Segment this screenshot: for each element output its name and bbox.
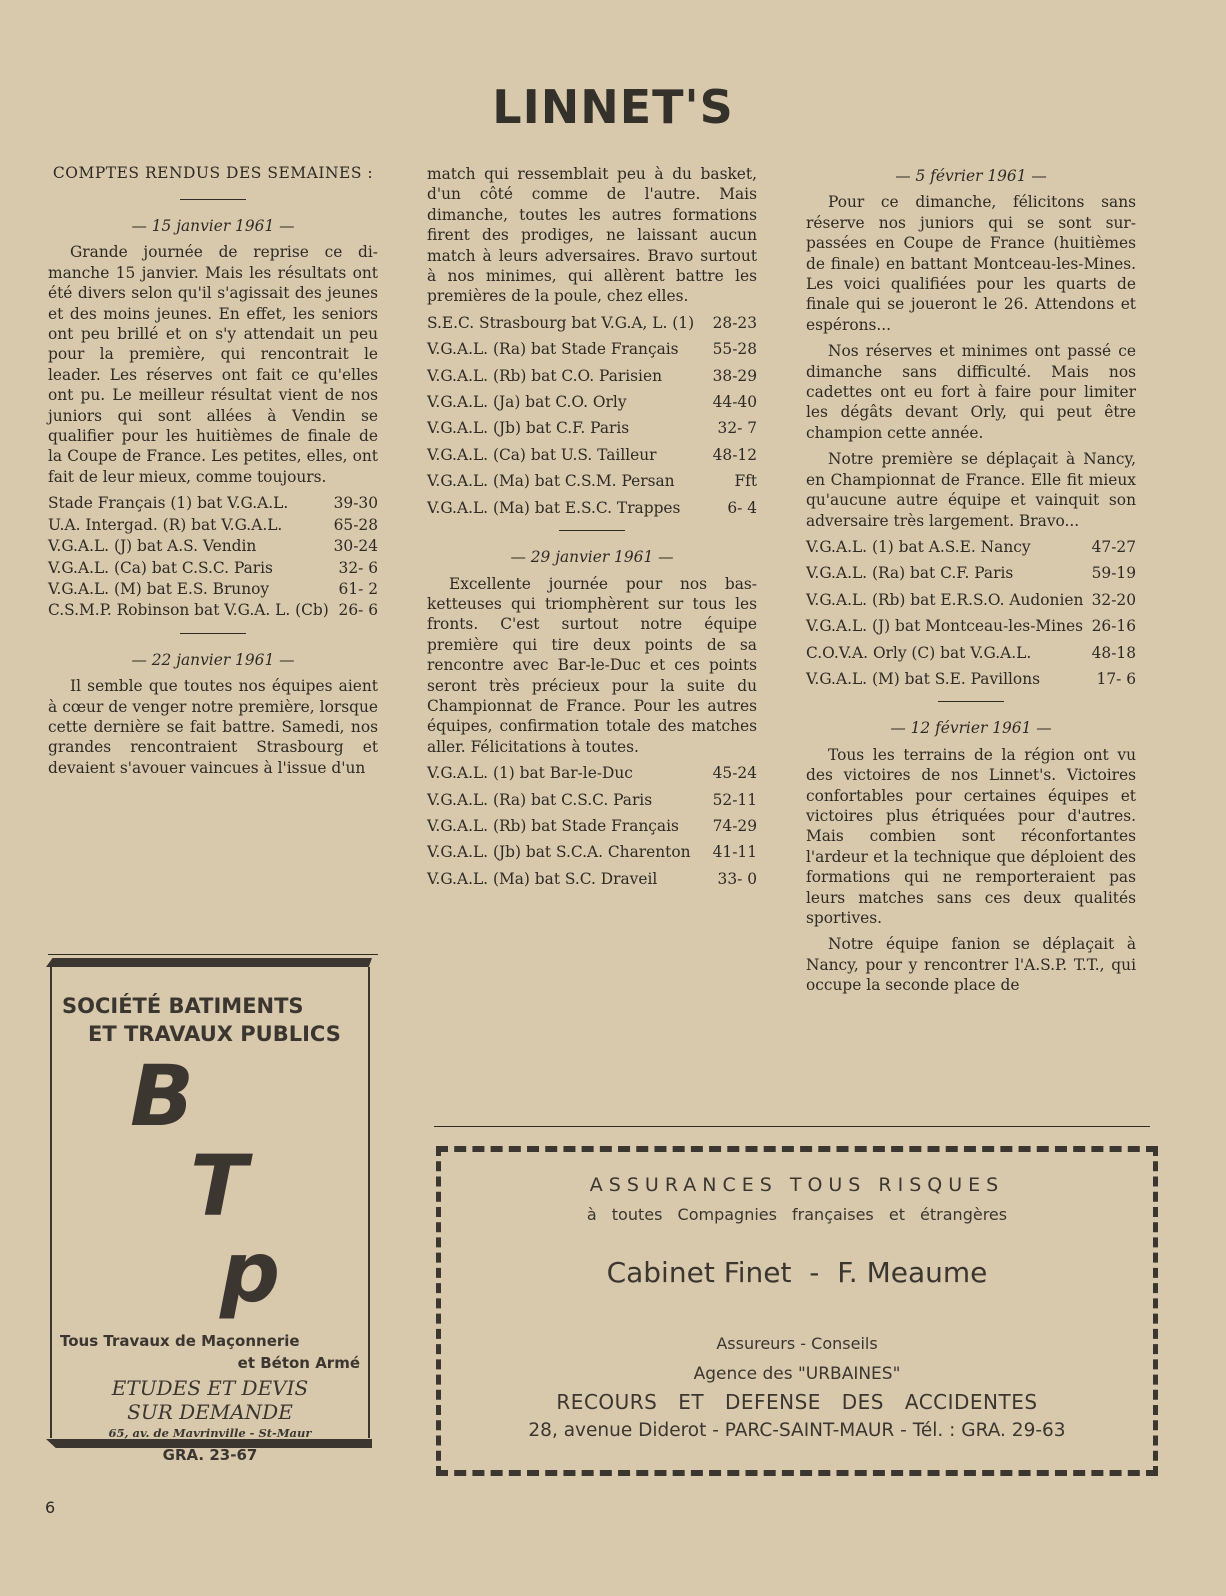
ad-border-bar xyxy=(46,958,372,967)
result-row: V.G.A.L. (Rb) bat C.O. Pari­sien38-29 xyxy=(427,366,757,386)
date-heading: — 12 février 1961 — xyxy=(806,718,1136,738)
company-name-line2: ET TRAVAUX PUBLICS xyxy=(88,1022,341,1046)
separator-line xyxy=(48,954,378,955)
logo-letter-t: T xyxy=(190,1144,247,1228)
results-list: V.G.A.L. (1) bat Bar-le-Duc45-24 V.G.A.L… xyxy=(427,763,757,889)
result-row: V.G.A.L. (Ra) bat C.S.C. Paris52-11 xyxy=(427,790,757,810)
result-row: V.G.A.L. (Jb) bat C.F. Paris32- 7 xyxy=(427,418,757,438)
page-number: 6 xyxy=(45,1498,55,1517)
result-row: C.O.V.A. Orly (C) bat V.G.A.L.48-18 xyxy=(806,643,1136,663)
result-row: V.G.A.L. (Ra) bat Stade Fran­çais55-28 xyxy=(427,339,757,359)
works-line1: Tous Travaux de Maçonnerie xyxy=(60,1332,300,1350)
works-line2: et Béton Armé xyxy=(238,1354,360,1372)
insurance-headline: ASSURANCES TOUS RISQUES xyxy=(441,1174,1153,1196)
etudes-line2: SUR DEMANDE xyxy=(50,1400,370,1424)
result-row: V.G.A.L. (M) bat E.S. Brunoy61- 2 xyxy=(48,579,378,599)
result-row: U.A. Intergad. (R) bat V.G.A.L.65-28 xyxy=(48,515,378,535)
date-heading: — 29 janvier 1961 — xyxy=(427,547,757,567)
date-heading: — 22 janvier 1961 — xyxy=(48,650,378,670)
article-paragraph: Notre équipe fanion se déplaçait à Nancy… xyxy=(806,934,1136,995)
ad-border-bar xyxy=(46,1439,372,1448)
article-paragraph: Excellente journée pour nos bas­ketteuse… xyxy=(427,574,757,758)
btp-advertisement: SOCIÉTÉ BATIMENTS ET TRAVAUX PUBLICS B T… xyxy=(50,958,370,1438)
column-2: match qui ressemblait peu à du bas­ket, … xyxy=(427,164,757,897)
results-list: V.G.A.L. (1) bat A.S.E. Nancy47-27 V.G.A… xyxy=(806,537,1136,689)
firm-name: Cabinet Finet - F. Meaume xyxy=(441,1256,1153,1289)
btp-phone: GRA. 23-67 xyxy=(50,1446,370,1464)
divider xyxy=(180,199,246,200)
result-row: V.G.A.L. (Ma) bat S.C. Draveil33- 0 xyxy=(427,869,757,889)
result-row: V.G.A.L. (Ja) bat C.O. Orly44-40 xyxy=(427,392,757,412)
btp-address: 65, av. de Mavrinville - St-Maur xyxy=(50,1426,370,1440)
article-paragraph: Tous les terrains de la région ont vu de… xyxy=(806,745,1136,929)
article-paragraph: match qui ressemblait peu à du bas­ket, … xyxy=(427,164,757,307)
result-row: V.G.A.L. (J) bat Montceau-les-Mines26-16 xyxy=(806,616,1136,636)
logo-letter-b: B xyxy=(130,1054,194,1138)
result-row: S.E.C. Strasbourg bat V.G.A, L. (1)28-23 xyxy=(427,313,757,333)
insurance-address: 28, avenue Diderot - PARC-SAINT-MAUR - T… xyxy=(441,1420,1153,1441)
divider xyxy=(180,633,246,634)
article-paragraph: Il semble que toutes nos équipes aient à… xyxy=(48,676,378,778)
result-row: V.G.A.L. (Rb) bat Stade Fran­çais74-29 xyxy=(427,816,757,836)
page-title: LINNET'S xyxy=(0,80,1226,134)
separator-line xyxy=(434,1126,1150,1127)
column-3: — 5 février 1961 — Pour ce dimanche, fél… xyxy=(806,166,1136,1002)
etudes-line1: ETUDES ET DEVIS xyxy=(50,1376,370,1400)
service-line: RECOURS ET DEFENSE DES ACCIDENTES xyxy=(441,1390,1153,1414)
divider xyxy=(559,530,625,531)
results-list: Stade Français (1) bat V.G.A.L.39-30 U.A… xyxy=(48,493,378,620)
result-row: V.G.A.L. (Jb) bat S.C.A. Cha­renton41-11 xyxy=(427,842,757,862)
company-name-line1: SOCIÉTÉ BATIMENTS xyxy=(62,994,304,1018)
result-row: V.G.A.L. (1) bat Bar-le-Duc45-24 xyxy=(427,763,757,783)
result-row: V.G.A.L. (Ra) bat C.F. Paris59-19 xyxy=(806,563,1136,583)
insurance-advertisement: ASSURANCES TOUS RISQUES à toutes Compagn… xyxy=(436,1146,1158,1476)
result-row: C.S.M.P. Robinson bat V.G.A. L. (Cb)26- … xyxy=(48,600,378,620)
date-heading: — 5 février 1961 — xyxy=(806,166,1136,186)
logo-letter-p: P xyxy=(220,1230,280,1314)
insurance-subline: à toutes Compagnies françaises et étrang… xyxy=(441,1205,1153,1224)
article-paragraph: Grande journée de reprise ce di­manche 1… xyxy=(48,242,378,487)
result-row: V.G.A.L. (Ma) bat E.S.C. Trap­pes6- 4 xyxy=(427,498,757,518)
result-row: V.G.A.L. (Ma) bat C.S.M. PersanFft xyxy=(427,471,757,491)
result-row: V.G.A.L. (Ca) bat C.S.C. Paris32- 6 xyxy=(48,558,378,578)
section-heading: COMPTES RENDUS DES SEMAINES : xyxy=(48,160,378,187)
date-heading: — 15 janvier 1961 — xyxy=(48,216,378,236)
result-row: V.G.A.L. (J) bat A.S. Vendin30-24 xyxy=(48,536,378,556)
result-row: V.G.A.L. (1) bat A.S.E. Nancy47-27 xyxy=(806,537,1136,557)
article-paragraph: Nos réserves et minimes ont passé ce dim… xyxy=(806,341,1136,443)
results-list: S.E.C. Strasbourg bat V.G.A, L. (1)28-23… xyxy=(427,313,757,518)
divider xyxy=(938,701,1004,702)
result-row: V.G.A.L. (Rb) bat E.R.S.O. Au­donien32-2… xyxy=(806,590,1136,610)
result-row: V.G.A.L. (Ca) bat U.S. Tailleur48-12 xyxy=(427,445,757,465)
firm-role: Assureurs - Conseils xyxy=(441,1334,1153,1353)
result-row: Stade Français (1) bat V.G.A.L.39-30 xyxy=(48,493,378,513)
agency-line: Agence des "URBAINES" xyxy=(441,1364,1153,1384)
article-paragraph: Notre première se déplaçait à Nan­cy, en… xyxy=(806,449,1136,531)
article-paragraph: Pour ce dimanche, félicitons sans réserv… xyxy=(806,192,1136,335)
result-row: V.G.A.L. (M) bat S.E. Pavillons17- 6 xyxy=(806,669,1136,689)
column-1: COMPTES RENDUS DES SEMAINES : — 15 janvi… xyxy=(48,160,378,784)
